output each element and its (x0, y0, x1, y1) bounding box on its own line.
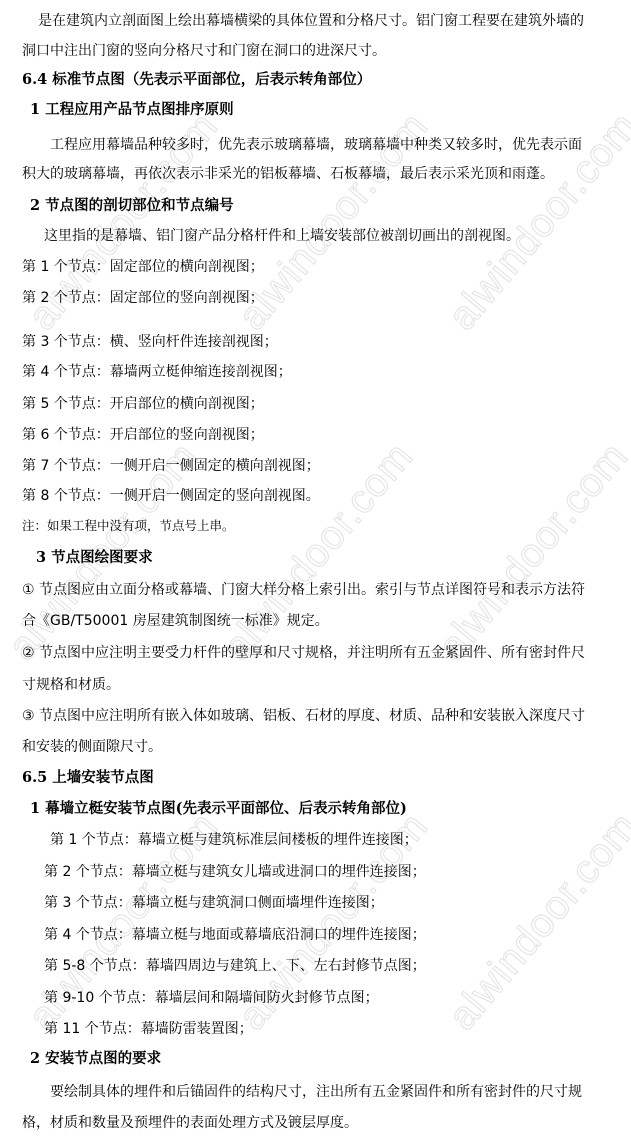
list-item: 第 9-10 个节点：幕墙层间和隔墙间防火封修节点图； (44, 988, 379, 1008)
section-heading-6-4: 6.4 标准节点图（先表示平面部位，后表示转角部位） (22, 70, 371, 90)
list-item: 第 3 个节点：幕墙立梃与建筑洞口侧面墙埋件连接图； (44, 893, 384, 913)
list-item: 第 6 个节点：开启部位的竖向剖视图； (22, 425, 264, 445)
body-paragraph: 积大的玻璃幕墙，再依次表示非采光的铝板幕墙、石板幕墙，最后表示采光顶和雨蓬。 (22, 164, 554, 184)
body-paragraph: 这里指的是幕墙、铝门窗产品分格杆件和上墙安装部位被剖切画出的剖视图。 (44, 226, 520, 246)
list-item: 第 4 个节点：幕墙两立梃伸缩连接剖视图； (22, 362, 292, 382)
subsection-heading: 2 安装节点图的要求 (30, 1049, 161, 1069)
list-item: 第 2 个节点：幕墙立梃与建筑女儿墙或进洞口的埋件连接图； (44, 862, 426, 882)
list-item: 第 3 个节点：横、竖向杆件连接剖视图； (22, 332, 278, 352)
body-paragraph: 合《GB/T50001 房屋建筑制图统一标准》规定。 (22, 611, 329, 631)
body-paragraph: 工程应用幕墙品种较多时，优先表示玻璃幕墙，玻璃幕墙中种类又较多时，优先表示面 (50, 135, 582, 155)
subsection-heading: 1 幕墙立梃安装节点图(先表示平面部位、后表示转角部位) (30, 799, 407, 819)
body-paragraph: 要绘制具体的埋件和后锚固件的结构尺寸，注出所有五金紧固件和所有密封件的尺寸规 (50, 1082, 582, 1102)
body-paragraph: 格，材质和数量及预埋件的表面处理方式及镀层厚度。 (22, 1113, 358, 1133)
body-paragraph: 是在建筑内立剖面图上绘出幕墙横梁的具体位置和分格尺寸。铝门窗工程要在建筑外墙的 (38, 11, 584, 31)
requirement-item: ② 节点图中应注明主要受力杆件的壁厚和尺寸规格，并注明所有五金紧固件、所有密封件… (22, 643, 585, 663)
list-item: 第 8 个节点：一侧开启一侧固定的竖向剖视图。 (22, 486, 320, 506)
list-item: 第 11 个节点：幕墙防雷装置图； (44, 1019, 253, 1039)
list-item: 第 2 个节点：固定部位的竖向剖视图； (22, 288, 264, 308)
body-paragraph: 寸规格和材质。 (22, 675, 120, 695)
requirement-item: ③ 节点图中应注明所有嵌入体如玻璃、铝板、石材的厚度、材质、品种和安装嵌入深度尺… (22, 706, 585, 726)
watermark: alwindoor.com (440, 804, 631, 1039)
subsection-heading: 1 工程应用产品节点图排序原则 (30, 100, 234, 120)
list-item: 第 1 个节点：幕墙立梃与建筑标准层间楼板的埋件连接图； (50, 830, 418, 850)
subsection-heading: 2 节点图的剖切部位和节点编号 (30, 196, 234, 216)
watermark: alwindoor.com (430, 434, 631, 669)
list-item: 第 5 个节点：开启部位的横向剖视图； (22, 394, 264, 414)
list-item: 第 5-8 个节点：幕墙四周边与建筑上、下、左右封修节点图； (44, 956, 426, 976)
section-heading-6-5: 6.5 上墙安装节点图 (22, 768, 154, 788)
body-paragraph: 洞口中注出门窗的竖向分格尺寸和门窗在洞口的进深尺寸。 (22, 41, 386, 61)
subsection-heading: 3 节点图绘图要求 (36, 548, 153, 568)
list-item: 第 4 个节点：幕墙立梃与地面或幕墙底沿洞口的埋件连接图； (44, 925, 426, 945)
note: 注：如果工程中没有项，节点号上串。 (22, 516, 235, 536)
list-item: 第 1 个节点：固定部位的横向剖视图； (22, 257, 264, 277)
requirement-item: ① 节点图应由立面分格或幕墙、门窗大样分格上索引出。索引与节点详图符号和表示方法… (22, 580, 585, 600)
list-item: 第 7 个节点：一侧开启一侧固定的横向剖视图； (22, 456, 320, 476)
body-paragraph: 和安装的侧面隙尺寸。 (22, 737, 162, 757)
